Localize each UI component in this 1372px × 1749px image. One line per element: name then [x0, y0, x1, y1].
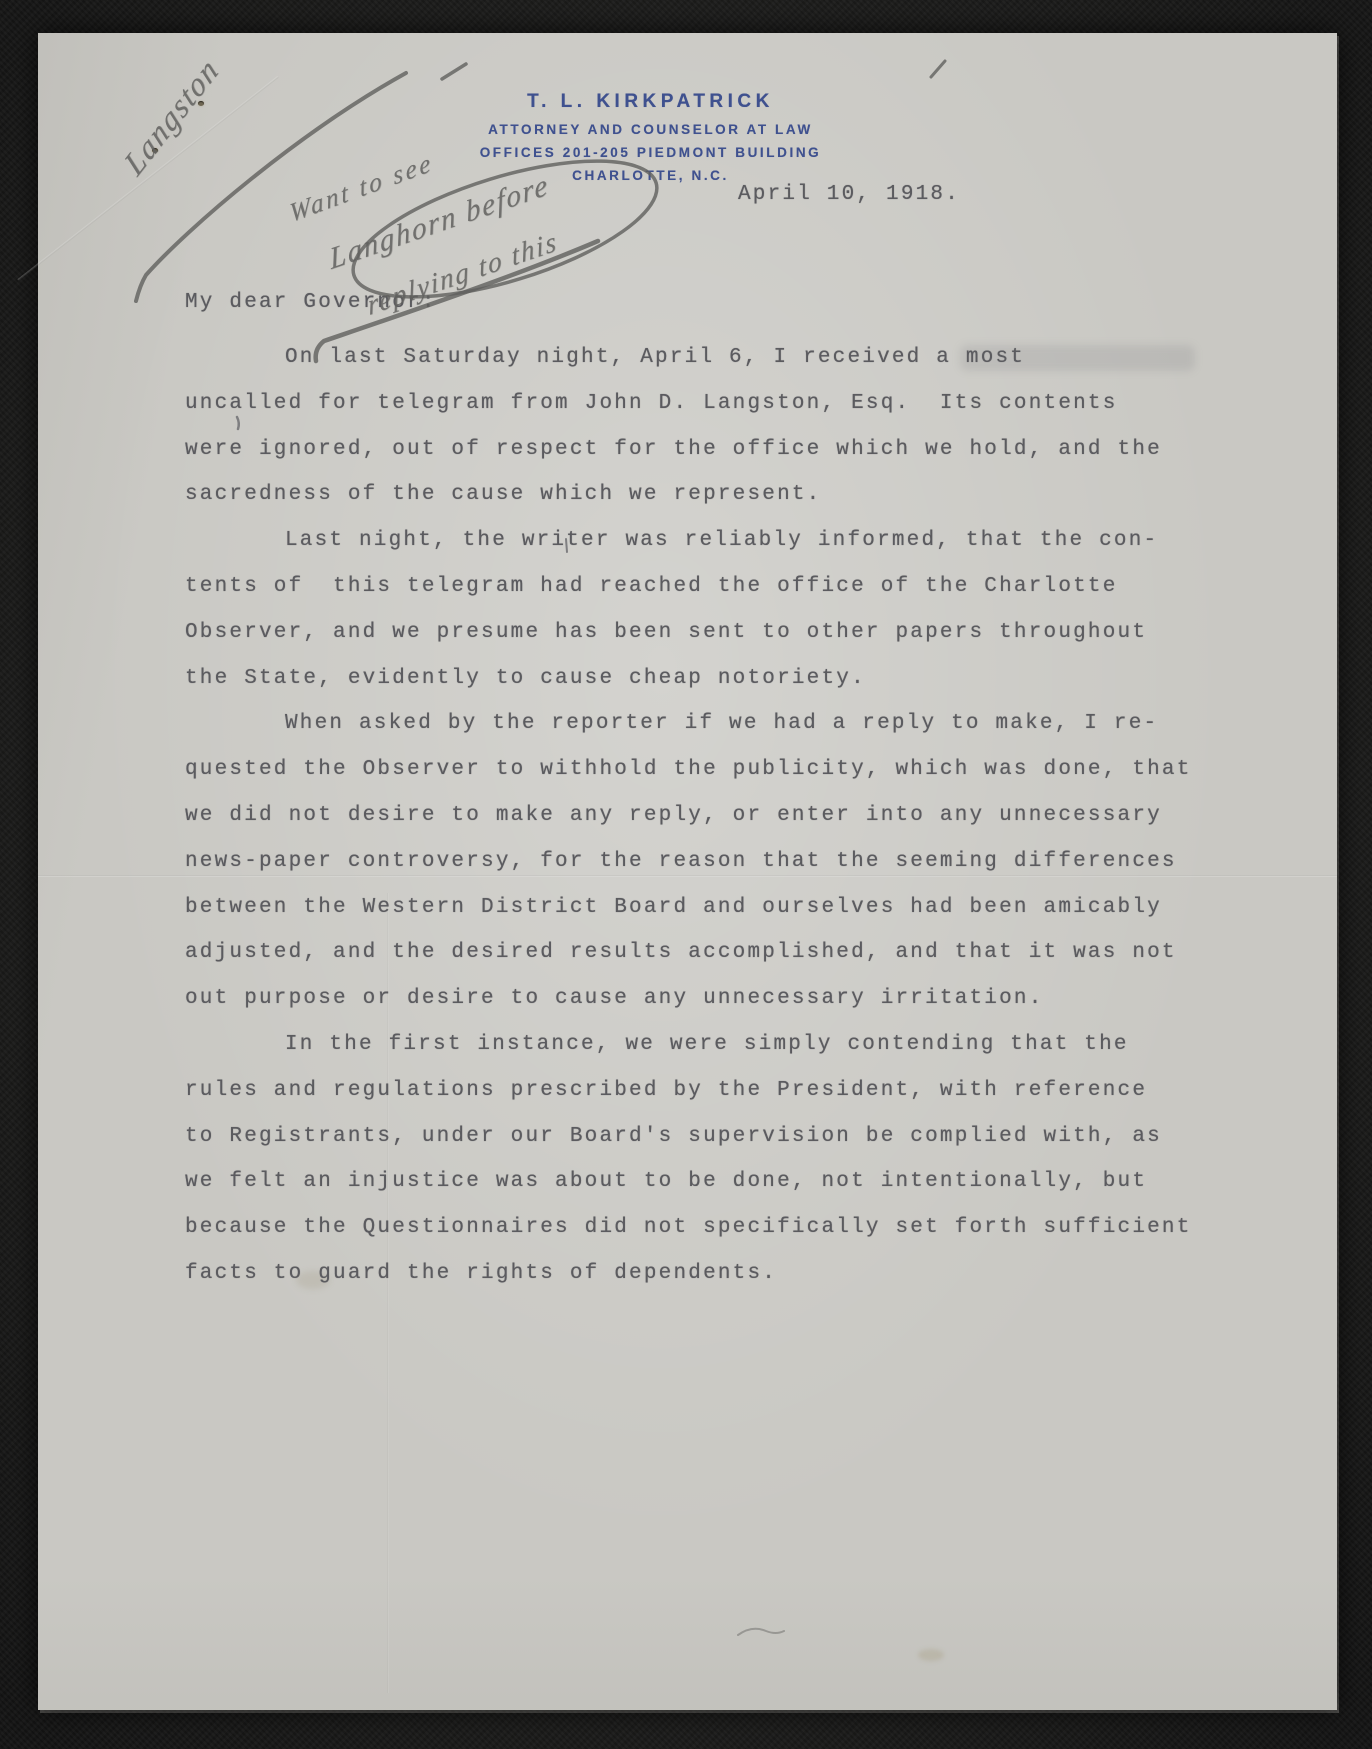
letter-line: were ignored, out of respect for the off… [185, 427, 1192, 473]
letter-line-text: between the Western District Board and o… [185, 896, 1162, 919]
letter-line-text: were ignored, out of respect for the off… [185, 438, 1162, 461]
paper-stain [918, 1649, 944, 1661]
letter-line: adjusted, and the desired results accomp… [185, 930, 1192, 976]
letter-line: the State, evidently to cause cheap noto… [185, 656, 1192, 702]
letter-line-text: Last night, the writer was reliably info… [285, 529, 1158, 552]
letter-line: we felt an injustice was about to be don… [185, 1159, 1192, 1205]
letter-line-text: sacredness of the cause which we represe… [185, 483, 822, 506]
letter-line-text: the State, evidently to cause cheap noto… [185, 667, 866, 690]
letter-line-text: we did not desire to make any reply, or … [185, 804, 1162, 827]
letter-line: In the first instance, we were simply co… [185, 1022, 1192, 1068]
letter-line: between the Western District Board and o… [185, 885, 1192, 931]
letter-line-text: out purpose or desire to cause any unnec… [185, 987, 1044, 1010]
letter-line: news-paper controversy, for the reason t… [185, 839, 1192, 885]
pencil-tick-stroke [931, 61, 945, 77]
letter-line-text: facts to guard the rights of dependents. [185, 1262, 777, 1285]
letterhead-title: ATTORNEY AND COUNSELOR AT LAW [1, 122, 1300, 137]
letter-line: facts to guard the rights of dependents. [185, 1251, 1192, 1297]
letter-body: On last Saturday night, April 6, I recei… [185, 335, 1192, 1297]
letter-line-text: uncalled for telegram from John D. Langs… [185, 392, 1118, 415]
letter-line-text: When asked by the reporter if we had a r… [285, 712, 1158, 735]
letter-line: because the Questionnaires did not speci… [185, 1205, 1192, 1251]
letter-line: we did not desire to make any reply, or … [185, 793, 1192, 839]
date-line: April 10, 1918. [738, 183, 960, 206]
letter-line-text: rules and regulations prescribed by the … [185, 1079, 1147, 1102]
letter-line: to Registrants, under our Board's superv… [185, 1114, 1192, 1160]
letterhead-city: CHARLOTTE, N.C. [1, 168, 1300, 183]
letter-page: T. L. KIRKPATRICK ATTORNEY AND COUNSELOR… [38, 33, 1337, 1710]
letter-line-text: quested the Observer to withhold the pub… [185, 758, 1192, 781]
letter-line-text: In the first instance, we were simply co… [285, 1033, 1129, 1056]
letter-line: Observer, and we presume has been sent t… [185, 610, 1192, 656]
letter-line: quested the Observer to withhold the pub… [185, 747, 1192, 793]
letter-line-text: because the Questionnaires did not speci… [185, 1216, 1192, 1239]
letter-line-text: On last Saturday night, April 6, I recei… [285, 346, 1025, 369]
letter-line-text: we felt an injustice was about to be don… [185, 1170, 1147, 1193]
letter-line: sacredness of the cause which we represe… [185, 472, 1192, 518]
letterhead-offices: OFFICES 201-205 PIEDMONT BUILDING [1, 145, 1300, 160]
faint-pencil-squiggle [738, 1629, 784, 1635]
letter-line-text: tents of this telegram had reached the o… [185, 575, 1118, 598]
letter-line: out purpose or desire to cause any unnec… [185, 976, 1192, 1022]
letter-line: rules and regulations prescribed by the … [185, 1068, 1192, 1114]
letter-line-text: adjusted, and the desired results accomp… [185, 941, 1177, 964]
letter-line-text: to Registrants, under our Board's superv… [185, 1125, 1162, 1148]
letter-line-text: Observer, and we presume has been sent t… [185, 621, 1147, 644]
letter-line: uncalled for telegram from John D. Langs… [185, 381, 1192, 427]
letter-line: When asked by the reporter if we had a r… [185, 701, 1192, 747]
letter-line: Last night, the writer was reliably info… [185, 518, 1192, 564]
letter-line: On last Saturday night, April 6, I recei… [185, 335, 1192, 381]
pencil-tick-stroke [442, 64, 466, 79]
letter-line: tents of this telegram had reached the o… [185, 564, 1192, 610]
letter-line-text: news-paper controversy, for the reason t… [185, 850, 1177, 873]
